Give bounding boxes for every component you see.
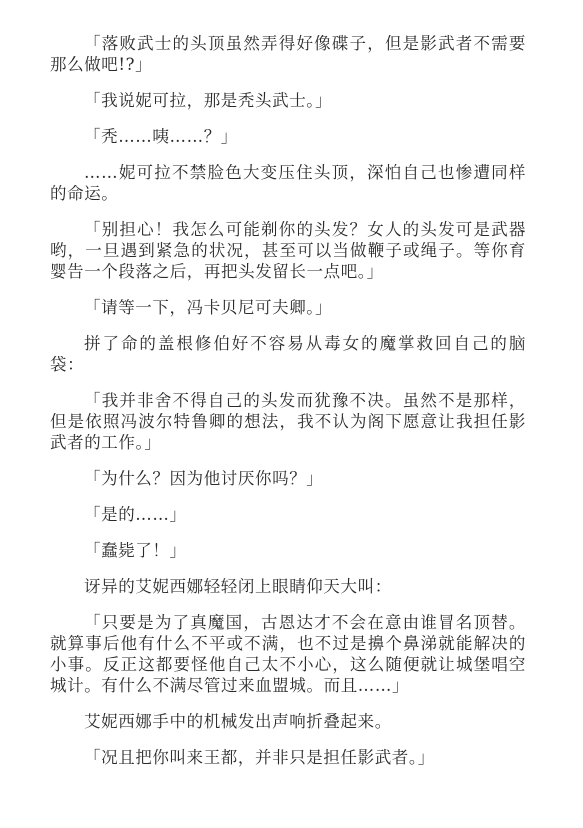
paragraph: 「是的……」 <box>50 504 526 525</box>
paragraph: 「为什么？因为他讨厌你吗？」 <box>50 468 526 489</box>
paragraph: 拼了命的盖根修伯好不容易从毒女的魔掌救回自己的脑袋： <box>50 333 526 375</box>
paragraph: 「蠢毙了！」 <box>50 540 526 561</box>
paragraph: 「秃……咦……？」 <box>50 126 526 147</box>
paragraph: 「况且把你叫来王都，并非只是担任影武者。」 <box>50 747 526 768</box>
paragraph: 讶异的艾妮西娜轻轻闭上眼睛仰天大叫： <box>50 576 526 597</box>
document-page: 「落败武士的头顶虽然弄得好像碟子，但是影武者不需要那么做吧!?」 「我说妮可拉，… <box>50 33 526 783</box>
paragraph: 「我说妮可拉，那是秃头武士。」 <box>50 90 526 111</box>
paragraph: 「只要是为了真魔国，古恩达才不会在意由谁冒名顶替。就算事后他有什么不平或不满，也… <box>50 612 526 696</box>
paragraph: 「落败武士的头顶虽然弄得好像碟子，但是影武者不需要那么做吧!?」 <box>50 33 526 75</box>
paragraph: 「请等一下，冯卡贝尼可夫卿。」 <box>50 297 526 318</box>
paragraph: 「我并非舍不得自己的头发而犹豫不决。虽然不是那样，但是依照冯波尔特鲁卿的想法，我… <box>50 390 526 453</box>
paragraph: 艾妮西娜手中的机械发出声响折叠起来。 <box>50 711 526 732</box>
paragraph: 「别担心！我怎么可能剃你的头发？女人的头发可是武器哟，一旦遇到紧急的状况，甚至可… <box>50 219 526 282</box>
paragraph: ……妮可拉不禁脸色大变压住头顶，深怕自己也惨遭同样的命运。 <box>50 162 526 204</box>
